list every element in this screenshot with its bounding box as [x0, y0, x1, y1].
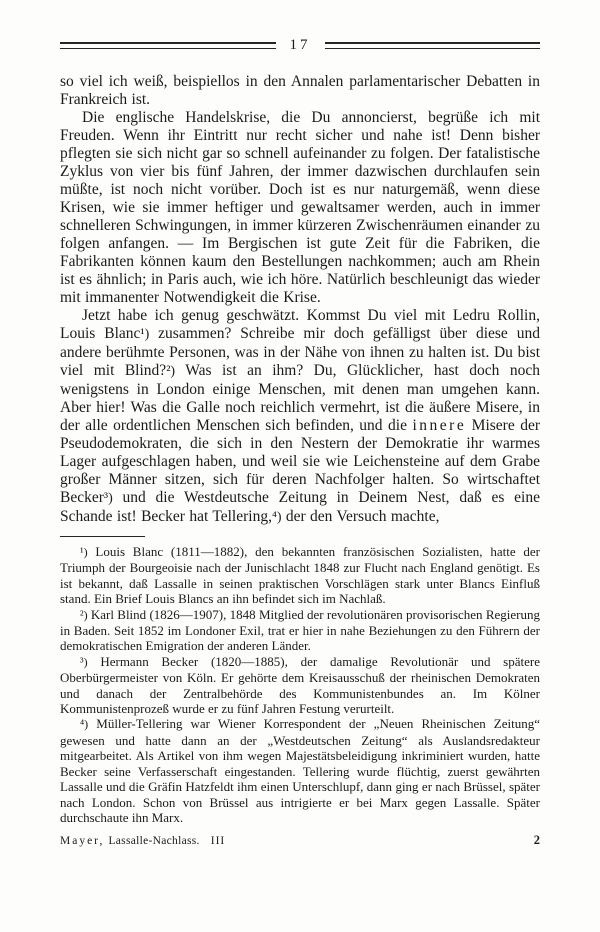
footnote-marker: ⁴): [80, 717, 88, 731]
footnote-ref-2: ²): [166, 364, 175, 379]
volume-title: Lassalle-Nachlass.: [108, 835, 199, 847]
footnote-3: ³) Hermann Becker (1820—1885), der damal…: [60, 654, 540, 717]
header-rule-right: [325, 42, 541, 49]
footnote-text: Hermann Becker (1820—1885), der damalige…: [60, 654, 540, 716]
book-page: 17 so viel ich weiß, beispiellos in den …: [0, 0, 600, 932]
emphasized-word: innere: [412, 417, 466, 434]
footnote-marker: ¹): [80, 545, 88, 559]
footnote-separator: [60, 536, 145, 537]
page-number: 17: [276, 38, 325, 53]
footnote-4: ⁴) Müller-Tellering war Wiener Korrespon…: [60, 716, 540, 825]
body-text-run: der den Versuch machte,: [282, 508, 440, 525]
footnote-marker: ²): [80, 608, 88, 622]
footnote-2: ²) Karl Blind (1826—1907), 1848 Mitglied…: [60, 607, 540, 654]
paragraph-continuation: so viel ich weiß, beispiellos in den Ann…: [60, 73, 540, 109]
editor-name: Mayer,: [60, 835, 104, 847]
footnote-ref-3: ³): [104, 491, 113, 506]
paragraph-geschwaetzt: Jetzt habe ich genug geschwätzt. Kommst …: [60, 307, 540, 527]
volume-roman-numeral: III: [211, 835, 226, 847]
paragraph-handelskrise: Die englische Handelskrise, die Du annon…: [60, 109, 540, 307]
footnote-text: Karl Blind (1826—1907), 1848 Mitglied de…: [60, 607, 540, 654]
page-header: 17: [60, 38, 540, 53]
volume-signature: Mayer,Lassalle-Nachlass.III: [60, 835, 225, 847]
page-footer: Mayer,Lassalle-Nachlass.III 2: [60, 833, 540, 848]
footnote-ref-4: ⁴): [272, 510, 282, 525]
footnote-text: Louis Blanc (1811—1882), den bekannten f…: [60, 544, 540, 606]
footnote-text: Müller-Tellering war Wiener Korresponden…: [60, 716, 540, 824]
footnote-marker: ³): [80, 655, 88, 669]
header-rule-left: [60, 42, 276, 49]
footnote-ref-1: ¹): [140, 327, 149, 342]
letter-body: so viel ich weiß, beispiellos in den Ann…: [60, 73, 540, 527]
sheet-number: 2: [534, 833, 540, 848]
footnotes-section: ¹) Louis Blanc (1811—1882), den bekannte…: [60, 544, 540, 825]
footnote-1: ¹) Louis Blanc (1811—1882), den bekannte…: [60, 544, 540, 607]
